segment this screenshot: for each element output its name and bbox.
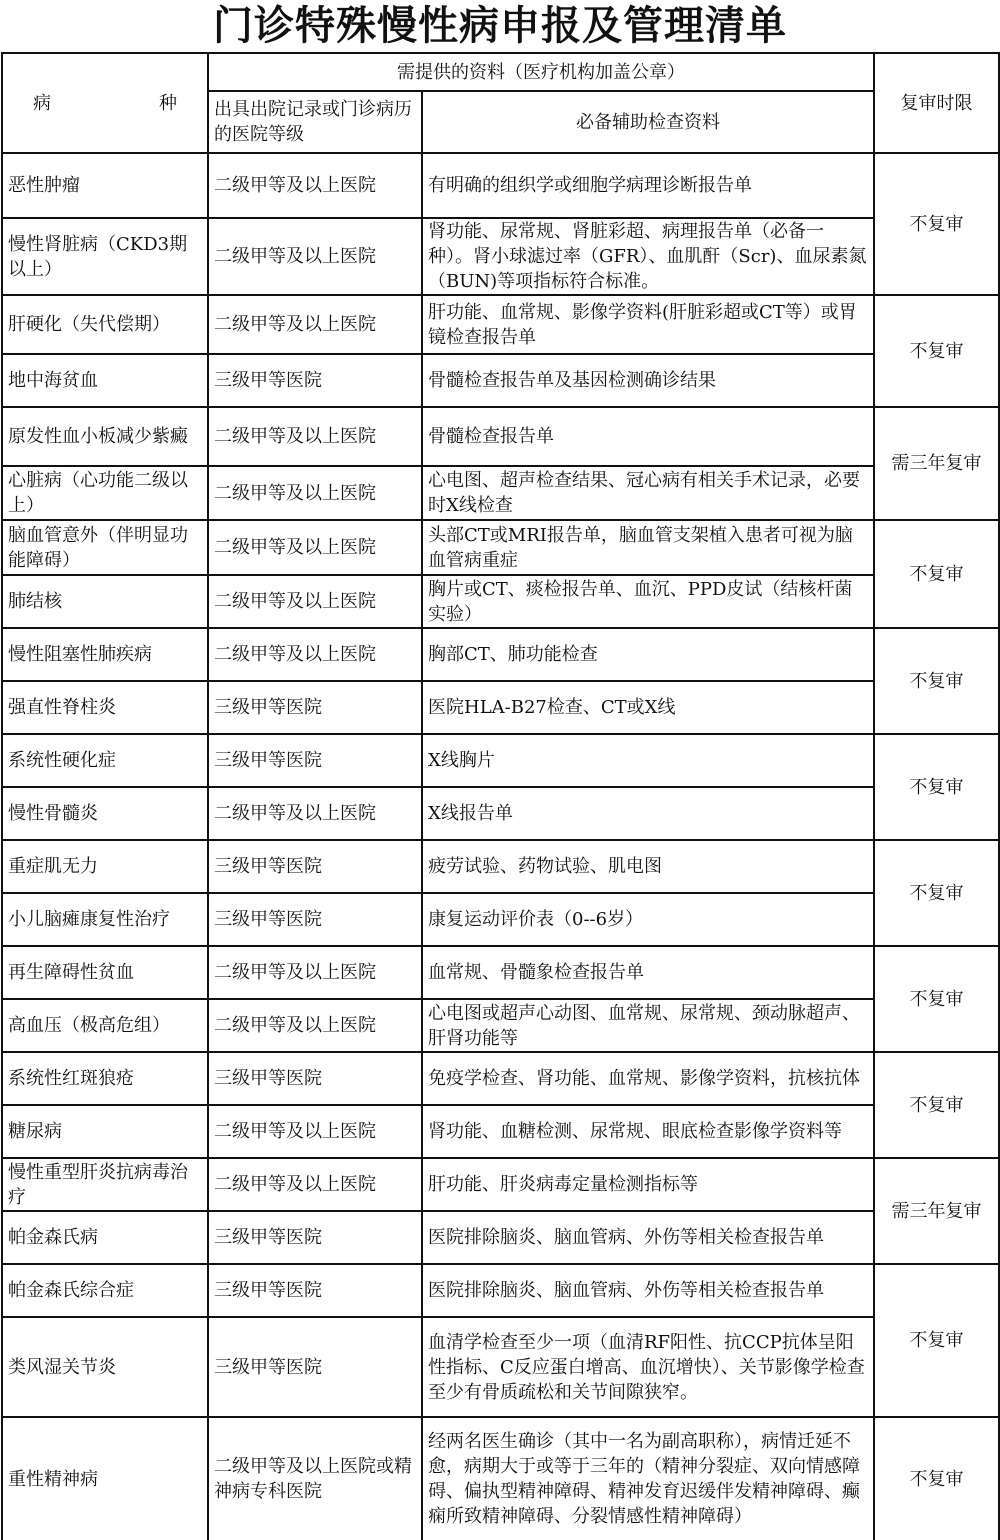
disease-cell: 重症肌无力 bbox=[2, 840, 208, 893]
hospital-cell: 二级甲等及以上医院 bbox=[208, 153, 422, 218]
page-title: 门诊特殊慢性病申报及管理清单 bbox=[0, 0, 1000, 52]
header-disease: 病种 bbox=[2, 53, 208, 153]
review-cell: 不复审 bbox=[874, 1417, 999, 1540]
exams-cell: 肾功能、血糖检测、尿常规、眼底检查影像学资料等 bbox=[422, 1105, 874, 1158]
chronic-disease-table: 病种 需提供的资料（医疗机构加盖公章） 复审时限 出具出院记录或门诊病历的医院等… bbox=[1, 52, 1000, 1540]
review-cell: 不复审 bbox=[874, 840, 999, 946]
table-row: 慢性阻塞性肺疾病 二级甲等及以上医院 胸部CT、肺功能检查 不复审 bbox=[2, 628, 999, 681]
disease-cell: 脑血管意外（伴明显功能障碍） bbox=[2, 520, 208, 575]
hospital-cell: 二级甲等及以上医院 bbox=[208, 787, 422, 840]
disease-cell: 心脏病（心功能二级以上） bbox=[2, 466, 208, 520]
hospital-cell: 三级甲等医院 bbox=[208, 681, 422, 734]
table-row: 地中海贫血 三级甲等医院 骨髓检查报告单及基因检测确诊结果 bbox=[2, 354, 999, 407]
exams-cell: 经两名医生确诊（其中一名为副高职称），病情迁延不愈，病期大于或等于三年的（精神分… bbox=[422, 1417, 874, 1540]
table-row: 脑血管意外（伴明显功能障碍） 二级甲等及以上医院 头部CT或MRI报告单，脑血管… bbox=[2, 520, 999, 575]
hospital-cell: 三级甲等医院 bbox=[208, 734, 422, 787]
disease-cell: 帕金森氏病 bbox=[2, 1211, 208, 1264]
hospital-cell: 三级甲等医院 bbox=[208, 354, 422, 407]
disease-cell: 原发性血小板减少紫癜 bbox=[2, 407, 208, 466]
disease-cell: 系统性硬化症 bbox=[2, 734, 208, 787]
disease-cell: 帕金森氏综合症 bbox=[2, 1264, 208, 1317]
exams-cell: 肝功能、血常规、影像学资料(肝脏彩超或CT等）或胃镜检查报告单 bbox=[422, 295, 874, 354]
header-disease-left: 病 bbox=[33, 91, 51, 116]
hospital-cell: 三级甲等医院 bbox=[208, 893, 422, 946]
hospital-cell: 二级甲等及以上医院 bbox=[208, 407, 422, 466]
exams-cell: 胸部CT、肺功能检查 bbox=[422, 628, 874, 681]
disease-cell: 地中海贫血 bbox=[2, 354, 208, 407]
header-review-period: 复审时限 bbox=[874, 53, 999, 153]
table-row: 慢性骨髓炎 二级甲等及以上医院 X线报告单 bbox=[2, 787, 999, 840]
table-row: 心脏病（心功能二级以上） 二级甲等及以上医院 心电图、超声检查结果、冠心病有相关… bbox=[2, 466, 999, 520]
hospital-cell: 三级甲等医院 bbox=[208, 1264, 422, 1317]
exams-cell: 肝功能、肝炎病毒定量检测指标等 bbox=[422, 1158, 874, 1211]
hospital-cell: 二级甲等及以上医院 bbox=[208, 520, 422, 575]
exams-cell: 医院HLA-B27检查、CT或X线 bbox=[422, 681, 874, 734]
disease-cell: 肝硬化（失代偿期） bbox=[2, 295, 208, 354]
exams-cell: 心电图、超声检查结果、冠心病有相关手术记录，必要时X线检查 bbox=[422, 466, 874, 520]
table-row: 恶性肿瘤 二级甲等及以上医院 有明确的组织学或细胞学病理诊断报告单 不复审 bbox=[2, 153, 999, 218]
review-cell: 不复审 bbox=[874, 520, 999, 628]
review-cell: 不复审 bbox=[874, 295, 999, 407]
exams-cell: 肾功能、尿常规、肾脏彩超、病理报告单（必备一种）。肾小球滤过率（GFR）、血肌酐… bbox=[422, 218, 874, 295]
hospital-cell: 二级甲等及以上医院 bbox=[208, 1105, 422, 1158]
hospital-cell: 二级甲等及以上医院 bbox=[208, 946, 422, 999]
hospital-cell: 三级甲等医院 bbox=[208, 1052, 422, 1105]
disease-cell: 慢性骨髓炎 bbox=[2, 787, 208, 840]
review-cell: 需三年复审 bbox=[874, 407, 999, 520]
review-cell: 不复审 bbox=[874, 153, 999, 295]
disease-cell: 高血压（极高危组） bbox=[2, 999, 208, 1052]
review-cell: 不复审 bbox=[874, 628, 999, 734]
hospital-cell: 二级甲等及以上医院或精神病专科医院 bbox=[208, 1417, 422, 1540]
review-cell: 不复审 bbox=[874, 734, 999, 840]
hospital-cell: 二级甲等及以上医院 bbox=[208, 999, 422, 1052]
hospital-cell: 二级甲等及以上医院 bbox=[208, 218, 422, 295]
exams-cell: X线胸片 bbox=[422, 734, 874, 787]
exams-cell: 血常规、骨髓象检查报告单 bbox=[422, 946, 874, 999]
table-row: 高血压（极高危组） 二级甲等及以上医院 心电图或超声心动图、血常规、尿常规、颈动… bbox=[2, 999, 999, 1052]
table-row: 慢性重型肝炎抗病毒治疗 二级甲等及以上医院 肝功能、肝炎病毒定量检测指标等 需三… bbox=[2, 1158, 999, 1211]
table-row: 重症肌无力 三级甲等医院 疲劳试验、药物试验、肌电图 不复审 bbox=[2, 840, 999, 893]
header-required-exams: 必备辅助检查资料 bbox=[422, 91, 874, 153]
hospital-cell: 二级甲等及以上医院 bbox=[208, 1158, 422, 1211]
disease-cell: 再生障碍性贫血 bbox=[2, 946, 208, 999]
hospital-cell: 三级甲等医院 bbox=[208, 1211, 422, 1264]
disease-cell: 慢性重型肝炎抗病毒治疗 bbox=[2, 1158, 208, 1211]
hospital-cell: 二级甲等及以上医院 bbox=[208, 575, 422, 628]
exams-cell: 康复运动评价表（0--6岁） bbox=[422, 893, 874, 946]
table-row: 再生障碍性贫血 二级甲等及以上医院 血常规、骨髓象检查报告单 不复审 bbox=[2, 946, 999, 999]
exams-cell: 疲劳试验、药物试验、肌电图 bbox=[422, 840, 874, 893]
table-row: 原发性血小板减少紫癜 二级甲等及以上医院 骨髓检查报告单 需三年复审 bbox=[2, 407, 999, 466]
disease-cell: 慢性肾脏病（CKD3期以上） bbox=[2, 218, 208, 295]
exams-cell: 有明确的组织学或细胞学病理诊断报告单 bbox=[422, 153, 874, 218]
table-row: 慢性肾脏病（CKD3期以上） 二级甲等及以上医院 肾功能、尿常规、肾脏彩超、病理… bbox=[2, 218, 999, 295]
review-cell: 不复审 bbox=[874, 946, 999, 1052]
exams-cell: 免疫学检查、肾功能、血常规、影像学资料，抗核抗体 bbox=[422, 1052, 874, 1105]
exams-cell: 胸片或CT、痰检报告单、血沉、PPD皮试（结核杆菌实验） bbox=[422, 575, 874, 628]
exams-cell: X线报告单 bbox=[422, 787, 874, 840]
header-disease-right: 种 bbox=[159, 91, 177, 116]
disease-cell: 慢性阻塞性肺疾病 bbox=[2, 628, 208, 681]
disease-cell: 强直性脊柱炎 bbox=[2, 681, 208, 734]
table-row: 系统性硬化症 三级甲等医院 X线胸片 不复审 bbox=[2, 734, 999, 787]
review-cell: 需三年复审 bbox=[874, 1158, 999, 1264]
exams-cell: 医院排除脑炎、脑血管病、外伤等相关检查报告单 bbox=[422, 1211, 874, 1264]
exams-cell: 骨髓检查报告单 bbox=[422, 407, 874, 466]
review-cell: 不复审 bbox=[874, 1264, 999, 1417]
disease-cell: 肺结核 bbox=[2, 575, 208, 628]
disease-cell: 小儿脑瘫康复性治疗 bbox=[2, 893, 208, 946]
header-hospital-level: 出具出院记录或门诊病历的医院等级 bbox=[208, 91, 422, 153]
table-row: 肝硬化（失代偿期） 二级甲等及以上医院 肝功能、血常规、影像学资料(肝脏彩超或C… bbox=[2, 295, 999, 354]
table-row: 肺结核 二级甲等及以上医院 胸片或CT、痰检报告单、血沉、PPD皮试（结核杆菌实… bbox=[2, 575, 999, 628]
table-row: 强直性脊柱炎 三级甲等医院 医院HLA-B27检查、CT或X线 bbox=[2, 681, 999, 734]
disease-cell: 系统性红斑狼疮 bbox=[2, 1052, 208, 1105]
table-row: 系统性红斑狼疮 三级甲等医院 免疫学检查、肾功能、血常规、影像学资料，抗核抗体 … bbox=[2, 1052, 999, 1105]
hospital-cell: 二级甲等及以上医院 bbox=[208, 295, 422, 354]
disease-cell: 糖尿病 bbox=[2, 1105, 208, 1158]
hospital-cell: 二级甲等及以上医院 bbox=[208, 628, 422, 681]
hospital-cell: 三级甲等医院 bbox=[208, 1317, 422, 1417]
disease-cell: 恶性肿瘤 bbox=[2, 153, 208, 218]
header-materials-group: 需提供的资料（医疗机构加盖公章） bbox=[208, 53, 874, 91]
exams-cell: 心电图或超声心动图、血常规、尿常规、颈动脉超声、肝肾功能等 bbox=[422, 999, 874, 1052]
table-row: 帕金森氏病 三级甲等医院 医院排除脑炎、脑血管病、外伤等相关检查报告单 bbox=[2, 1211, 999, 1264]
exams-cell: 医院排除脑炎、脑血管病、外伤等相关检查报告单 bbox=[422, 1264, 874, 1317]
table-row: 类风湿关节炎 三级甲等医院 血清学检查至少一项（血清RF阳性、抗CCP抗体呈阳性… bbox=[2, 1317, 999, 1417]
table-row: 小儿脑瘫康复性治疗 三级甲等医院 康复运动评价表（0--6岁） bbox=[2, 893, 999, 946]
disease-cell: 类风湿关节炎 bbox=[2, 1317, 208, 1417]
disease-cell: 重性精神病 bbox=[2, 1417, 208, 1540]
exams-cell: 头部CT或MRI报告单，脑血管支架植入患者可视为脑血管病重症 bbox=[422, 520, 874, 575]
hospital-cell: 二级甲等及以上医院 bbox=[208, 466, 422, 520]
hospital-cell: 三级甲等医院 bbox=[208, 840, 422, 893]
exams-cell: 血清学检查至少一项（血清RF阳性、抗CCP抗体呈阳性指标、C反应蛋白增高、血沉增… bbox=[422, 1317, 874, 1417]
exams-cell: 骨髓检查报告单及基因检测确诊结果 bbox=[422, 354, 874, 407]
table-row: 糖尿病 二级甲等及以上医院 肾功能、血糖检测、尿常规、眼底检查影像学资料等 bbox=[2, 1105, 999, 1158]
review-cell: 不复审 bbox=[874, 1052, 999, 1158]
table-row: 重性精神病 二级甲等及以上医院或精神病专科医院 经两名医生确诊（其中一名为副高职… bbox=[2, 1417, 999, 1540]
table-row: 帕金森氏综合症 三级甲等医院 医院排除脑炎、脑血管病、外伤等相关检查报告单 不复… bbox=[2, 1264, 999, 1317]
